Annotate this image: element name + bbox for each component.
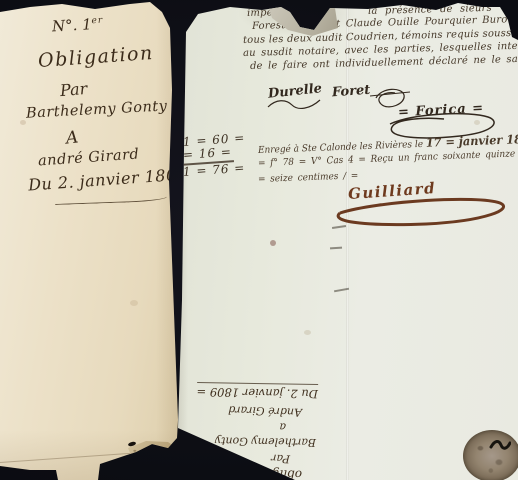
fee-sum-total-row: 1 = 76 = bbox=[183, 161, 246, 179]
document-number: N°. 1er bbox=[52, 15, 104, 36]
seal-squiggle-icon bbox=[489, 438, 511, 452]
right-deed-sheet: impérial ; ap la présence de sieurs Fore… bbox=[174, 0, 518, 480]
fee-sum-row: = 16 = bbox=[183, 145, 233, 162]
foxing-spot bbox=[130, 300, 138, 306]
date-underline-flourish bbox=[55, 194, 167, 205]
docket-line: Barthelemy Gonty bbox=[196, 432, 316, 450]
ink-bleedthrough-mark bbox=[330, 247, 342, 249]
ink-speck bbox=[270, 240, 276, 246]
document-number-superscript: er bbox=[91, 16, 103, 27]
left-cover-sheet: N°. 1er Obligation Par Barthelemy Gonty … bbox=[0, 0, 182, 480]
docket-date-line: Du 2. janvier 1809 = bbox=[196, 383, 318, 402]
signature-foret: Foret bbox=[332, 83, 371, 101]
registrar-flourish-icon bbox=[326, 192, 516, 230]
foxing-spot bbox=[304, 330, 311, 335]
upside-down-docket: obligation Par Barthelemy Gonty a André … bbox=[196, 380, 318, 480]
obligee-name: andré Girard bbox=[38, 146, 140, 169]
foxing-spot bbox=[474, 120, 480, 125]
obligor-name: Barthelemy Gonty bbox=[26, 98, 168, 121]
signature-flourish-icon bbox=[266, 96, 322, 112]
a-label: A bbox=[65, 127, 79, 148]
foxing-spot bbox=[20, 120, 26, 125]
document-title: Obligation bbox=[37, 42, 154, 72]
wax-seal bbox=[463, 430, 518, 480]
manuscript-scan-scene: N°. 1er Obligation Par Barthelemy Gonty … bbox=[0, 0, 518, 480]
left-sheet-edge-shadow bbox=[156, 0, 182, 480]
par-label: Par bbox=[59, 79, 88, 100]
document-number-main: N°. 1 bbox=[52, 15, 93, 35]
registration-line: = seize centimes / = bbox=[258, 170, 359, 185]
docket-line: Par bbox=[196, 447, 291, 467]
vertical-fold-crease bbox=[346, 0, 349, 480]
